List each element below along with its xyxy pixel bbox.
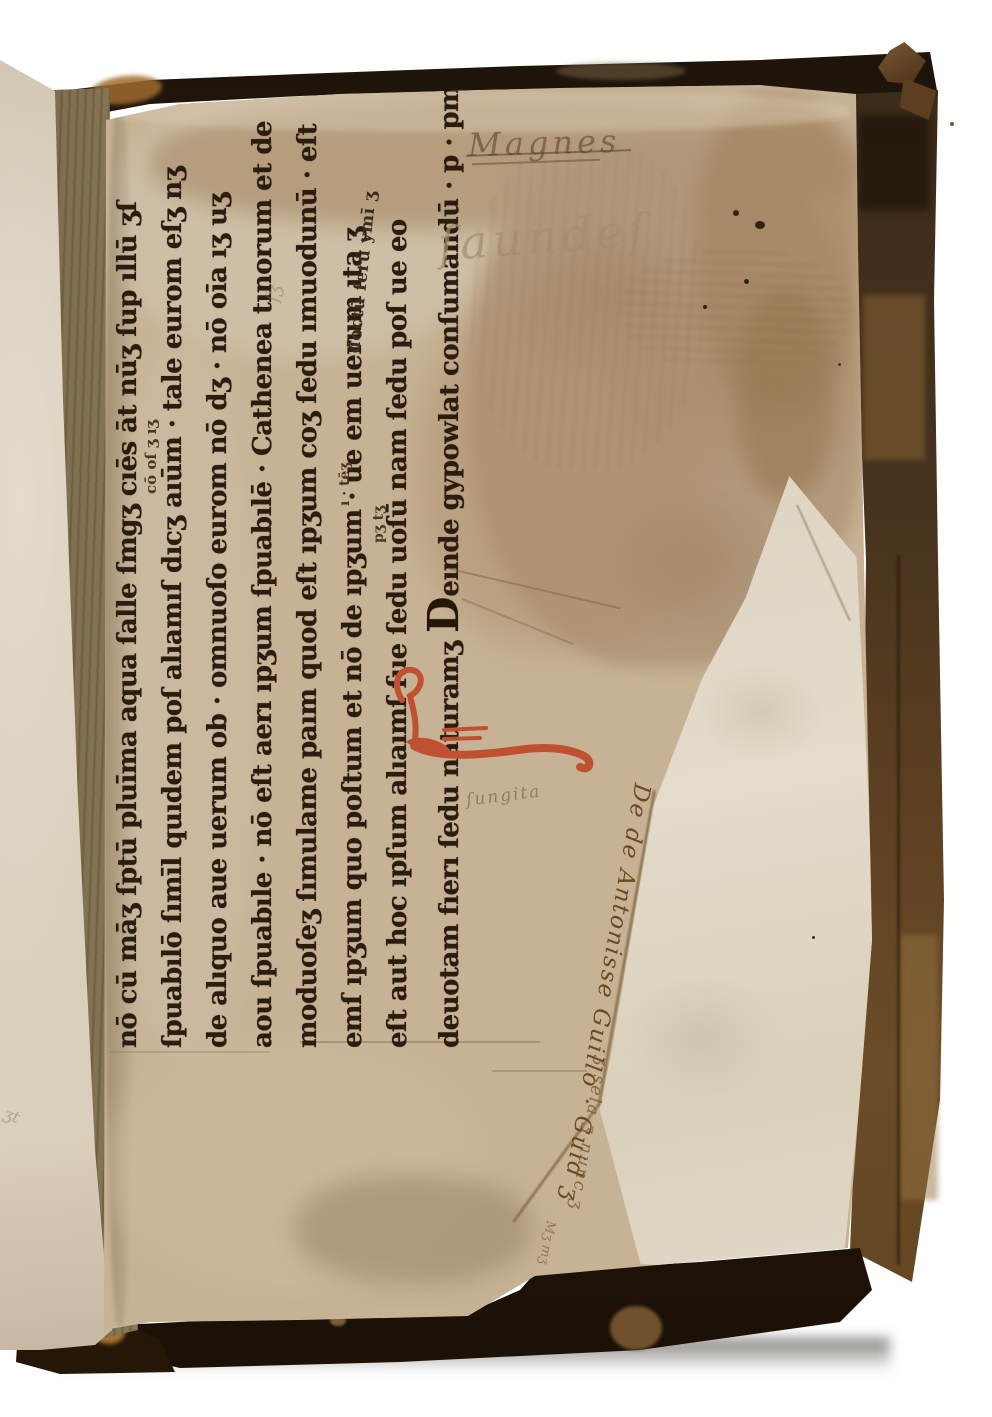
interlinear-note: pʒ tʒ bbox=[371, 506, 387, 543]
red-paraph-mark bbox=[388, 660, 603, 785]
line8-rest: eınde gypowlat conſumandū · p · pmū bbox=[435, 66, 465, 596]
ghost-text-offset bbox=[620, 250, 850, 370]
ink-speck bbox=[744, 279, 749, 284]
manuscript-line: aou ſpuabıle · nō eſt aerı ıpʒum ſpuabıl… bbox=[241, 312, 286, 1048]
leather-worn-streak bbox=[556, 62, 686, 80]
ruled-line bbox=[110, 1051, 270, 1053]
manuscript-pastedown: nō cū māʒ ſptū pluīma aqua ſalle ſmgʒ cı… bbox=[0, 0, 992, 1417]
interlinear-note: ı · tēʒ bbox=[337, 463, 353, 506]
leather-worn-spot bbox=[610, 1306, 662, 1350]
leather-fragment bbox=[950, 122, 954, 126]
book-cover-photo: ʒt nō cū māʒ ſptū pluīma aq bbox=[0, 0, 992, 1417]
ownership-inscription: Mʒ mʒ bbox=[536, 1219, 558, 1265]
ruled-line bbox=[492, 1070, 587, 1072]
interlinear-note: cō oſ ʒ ıʒ bbox=[142, 420, 160, 494]
ink-speck bbox=[703, 305, 707, 309]
ink-speck bbox=[812, 936, 815, 939]
ink-speck bbox=[755, 221, 765, 229]
leather-abrasion bbox=[863, 295, 925, 460]
stain-blob bbox=[295, 1175, 530, 1283]
ink-speck bbox=[733, 210, 739, 216]
rubricated-initial: D bbox=[419, 597, 468, 633]
ghost-ink-mark: ſʒ bbox=[262, 283, 286, 303]
ink-speck bbox=[838, 363, 841, 366]
manuscript-line: emſ ıpʒum quo poſtum et nō de ıpʒum · ue… bbox=[331, 312, 376, 1048]
leather-dark-blotch bbox=[858, 115, 930, 210]
leather-abrasion bbox=[900, 935, 938, 1200]
small-faint-inscription: ſungita bbox=[465, 781, 542, 810]
leather-crease bbox=[897, 555, 900, 1265]
manuscript-line: moduoſeʒ ſımulame paım quod eſt ıpʒum co… bbox=[286, 312, 331, 1048]
manuscript-line: de alıquo aue uerum ob · omnuoſo eurom n… bbox=[196, 312, 241, 1048]
struck-through-name-inscription: Magnes bbox=[468, 122, 621, 164]
